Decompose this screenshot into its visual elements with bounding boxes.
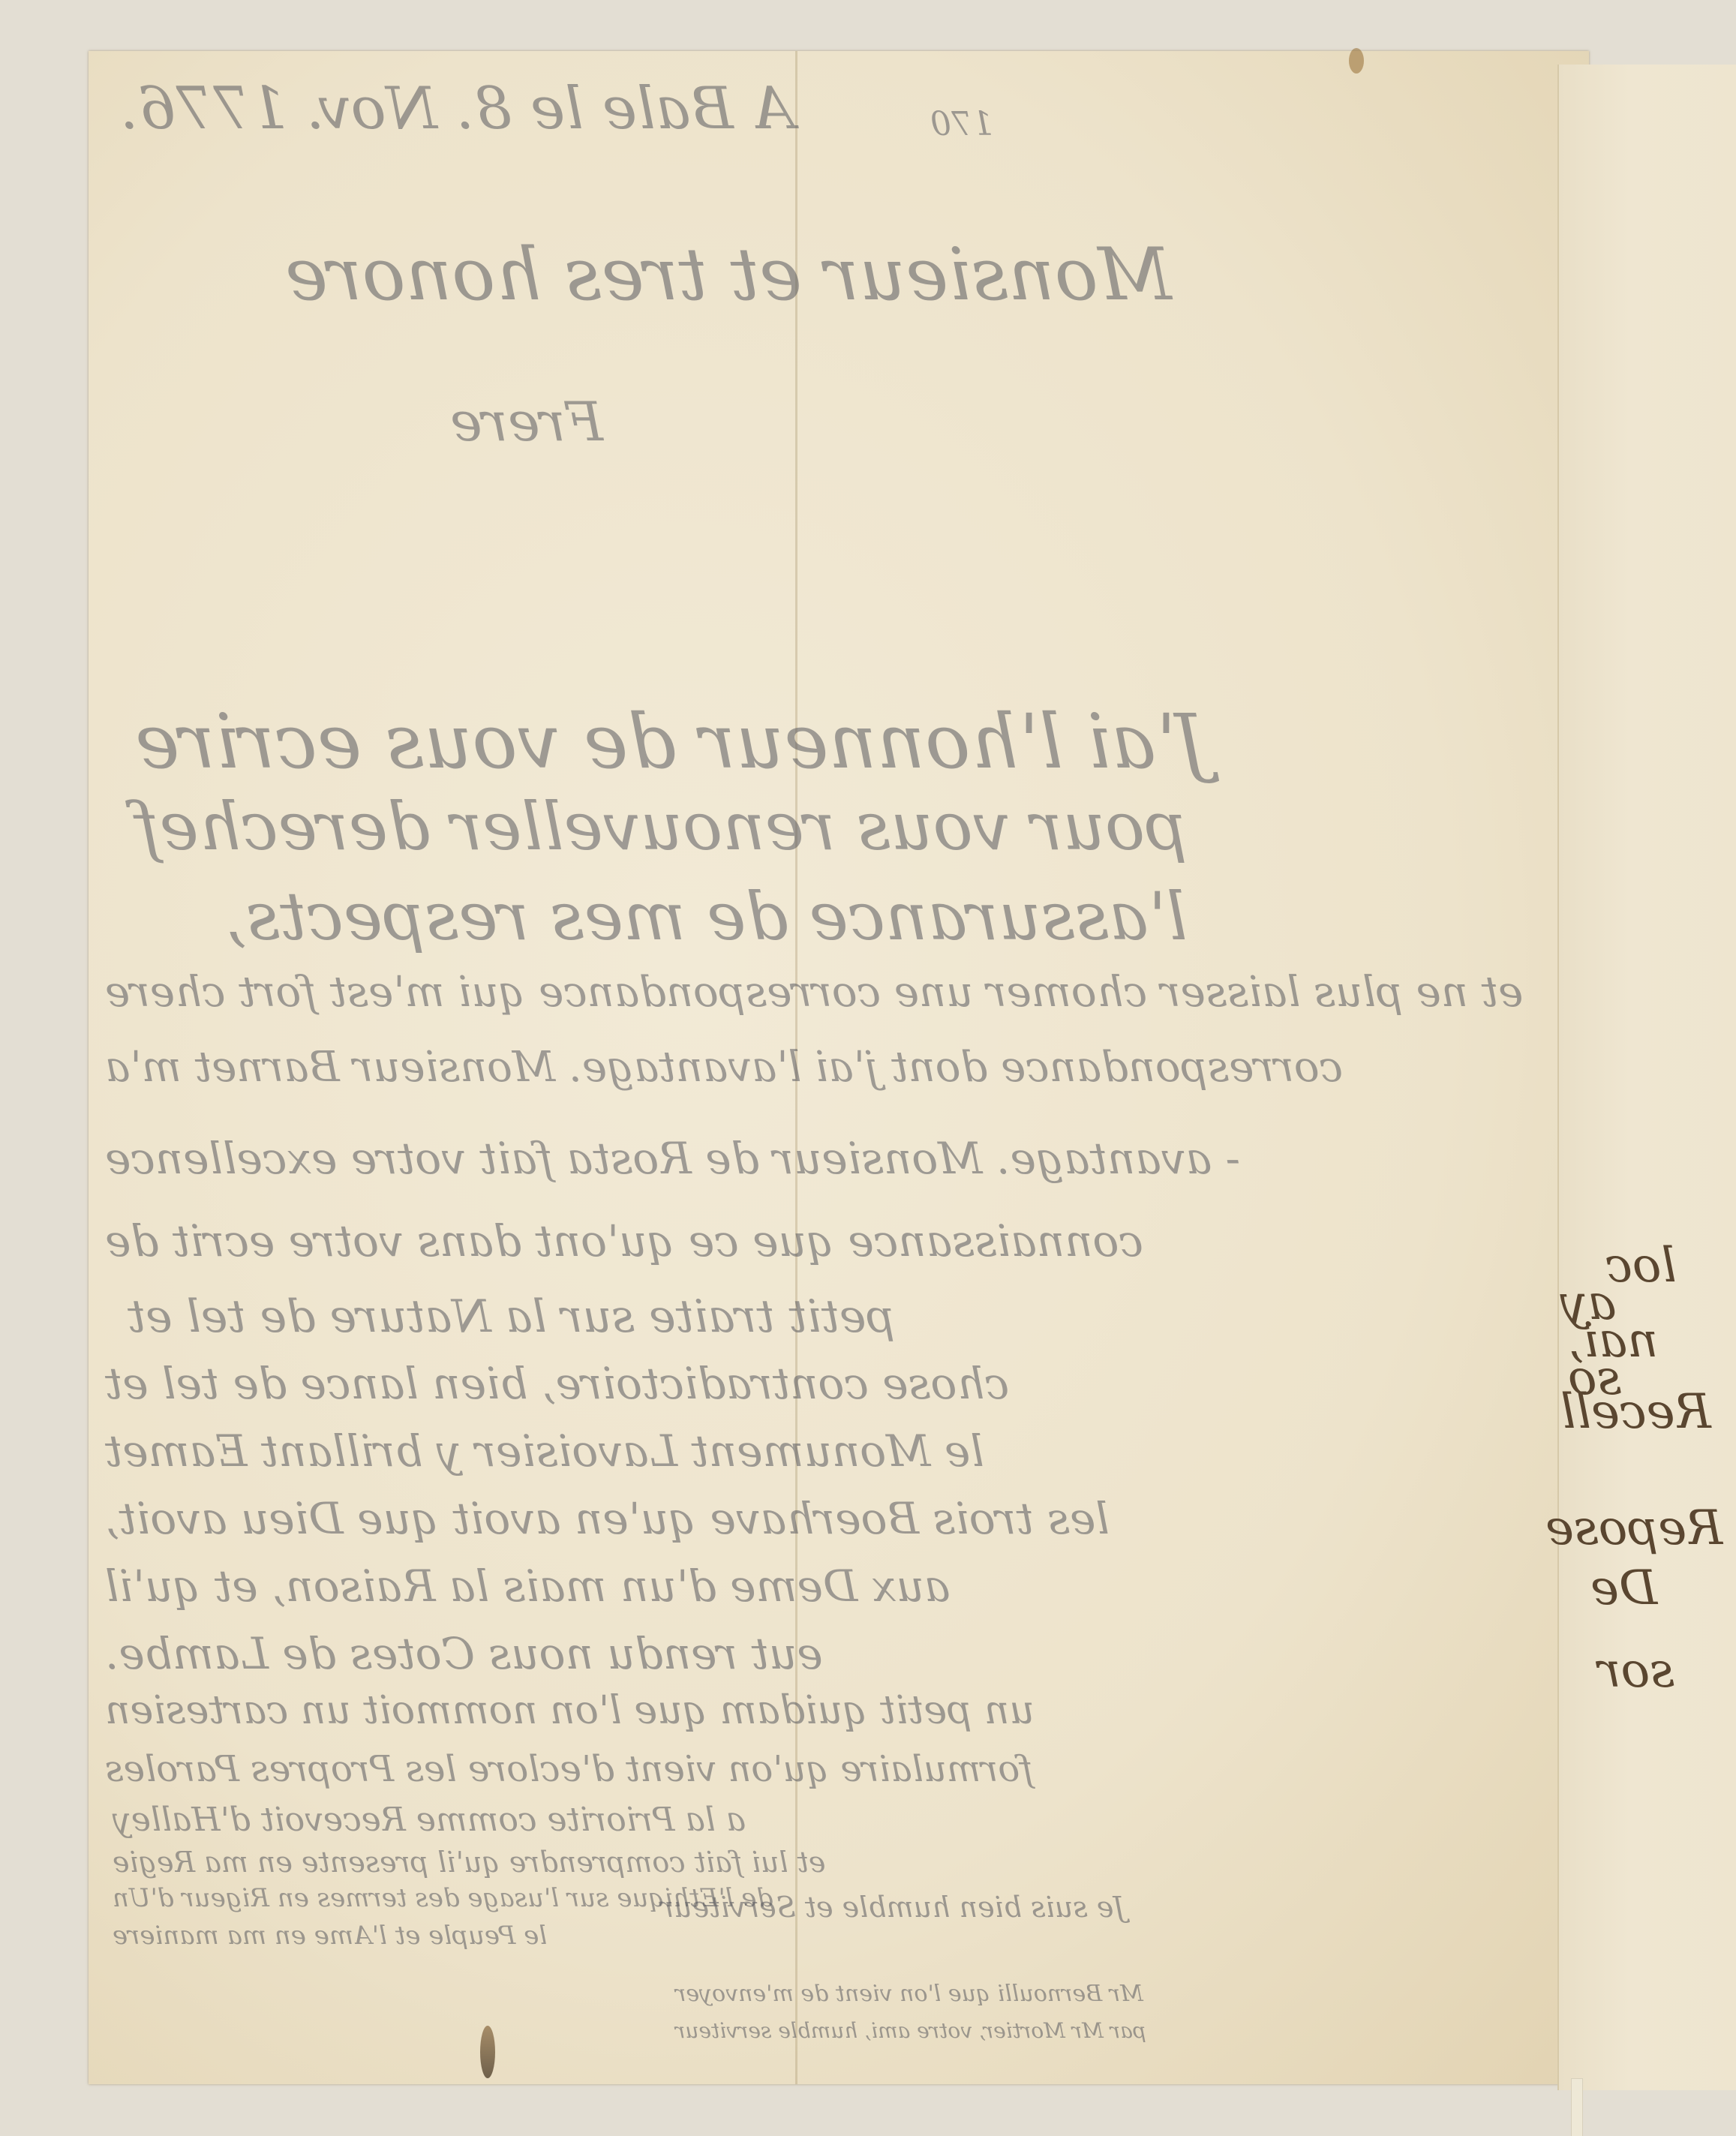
body-line: - avantage. Monsieur de Rosta fait votre… xyxy=(105,1133,1240,1184)
body-line: Mr Bernoulli que l'on vient de m'envoyer xyxy=(675,1981,1143,2007)
ink-stain xyxy=(1349,48,1364,74)
mounting-strip xyxy=(1571,2078,1583,2136)
body-line: pour vous renouveller derechef xyxy=(135,788,1187,865)
ink-fragment: sor xyxy=(1598,1643,1674,1699)
body-line: le Peuple et l'Ame en ma maniere xyxy=(113,1921,547,1951)
body-line: petit traite sur la Nature de tel et xyxy=(128,1290,895,1343)
body-line: par Mr Mortier, votre ami, humble servit… xyxy=(675,2018,1146,2043)
salutation: Monsieur et tres honore xyxy=(285,233,1172,317)
body-line: et lui fait comprendre qu'il presente en… xyxy=(113,1846,825,1879)
burn-stain xyxy=(480,2026,495,2078)
body-line: un petit quidam que l'on nommoit un cart… xyxy=(105,1688,1035,1733)
body-line: l'assurance de mes respects, xyxy=(225,878,1188,955)
body-line: formulaire qu'on vient d'eclore les Prop… xyxy=(105,1748,1033,1790)
body-line: et ne plus laisser chomer une correspond… xyxy=(105,968,1523,1017)
body-line: J'ai l'honneur de vous ecrire xyxy=(135,698,1206,786)
dateline: A Bale le 8. Nov. 1776. xyxy=(120,75,794,143)
body-line: aux Deme d'un mais la Raison, et qu'il xyxy=(105,1561,950,1612)
ink-fragment: De xyxy=(1590,1561,1657,1616)
ink-fragment: Repose xyxy=(1545,1501,1722,1556)
body-line: les trois Boerhave qu'en avoit que Dieu … xyxy=(105,1493,1110,1544)
body-line: chose contradictoire, bien lance de tel … xyxy=(105,1358,1009,1409)
right-leaf xyxy=(1557,65,1736,2090)
ink-fragment: Recell xyxy=(1560,1384,1711,1440)
body-line: Je suis bien humble et Serviteur xyxy=(660,1891,1125,1924)
body-line: le Monument Lavoisier y brillant Eamet xyxy=(105,1426,984,1477)
salutation-cont: Frere xyxy=(450,390,603,453)
folio-number: 170 xyxy=(930,105,993,143)
body-line: a la Priorite comme Recevoit d'Halley xyxy=(113,1801,746,1839)
body-line: connaissance que ce qu'ont dans votre ec… xyxy=(105,1215,1143,1266)
body-line: eut rendu nous Cotes de Lambe. xyxy=(105,1628,823,1679)
body-line: correspondance dont j'ai l'avantage. Mon… xyxy=(105,1043,1343,1092)
